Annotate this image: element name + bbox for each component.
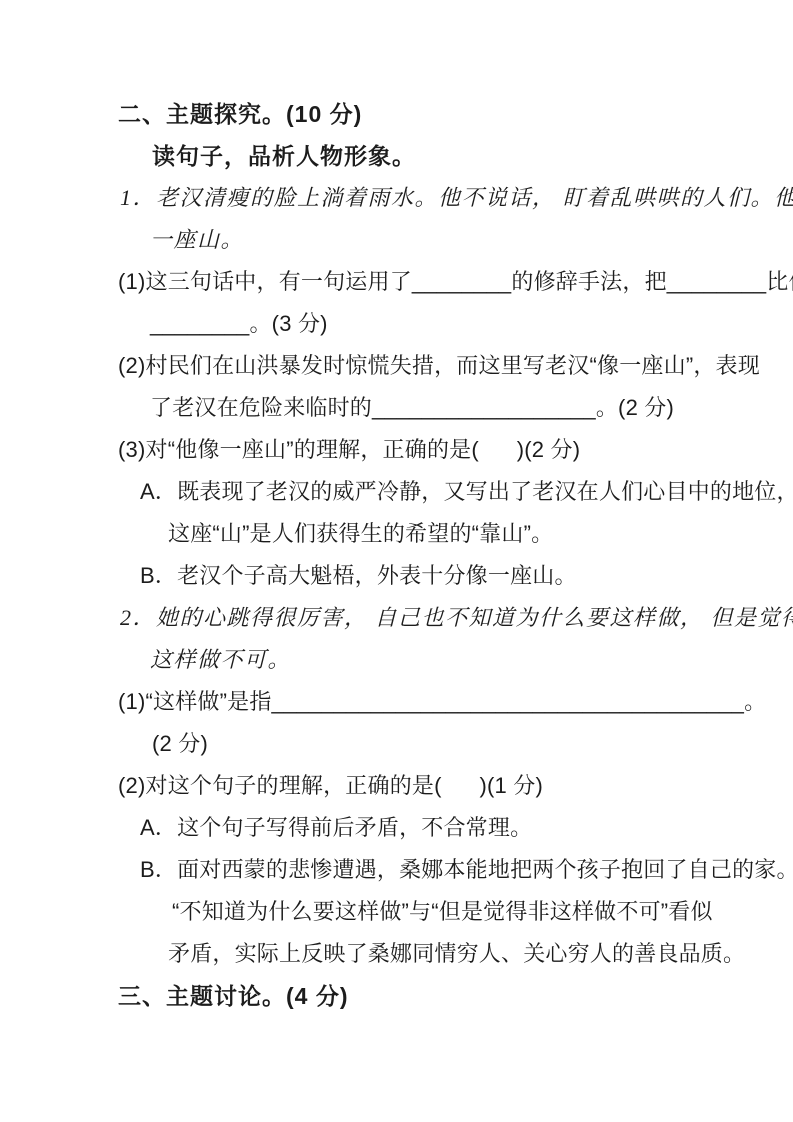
q1-sub1-line1: (1)这三句话中，有一句运用了________的修辞手法，把________比作 — [118, 261, 733, 303]
q1-sub3-line1: (3)对“他像一座山”的理解，正确的是( )(2 分) — [118, 429, 733, 471]
section-three-heading: 三、主题讨论。(4 分) — [118, 975, 733, 1017]
worksheet-content: 二、主题探究。(10 分) 读句子，品析人物形象。 1．老汉清瘦的脸上淌着雨水。… — [118, 93, 733, 1017]
section-two-heading: 二、主题探究。(10 分) — [118, 93, 733, 135]
q2-option-b-line1: B．面对西蒙的悲惨遭遇，桑娜本能地把两个孩子抱回了自己的家。 — [118, 849, 733, 891]
q1-stem-line1: 1．老汉清瘦的脸上淌着雨水。他不说话， 盯着乱哄哄的人们。他像 — [118, 177, 733, 219]
q2-sub1-line2: (2 分) — [118, 723, 733, 765]
worksheet-page: 二、主题探究。(10 分) 读句子，品析人物形象。 1．老汉清瘦的脸上淌着雨水。… — [0, 0, 793, 1122]
q2-sub2-line1: (2)对这个句子的理解，正确的是( )(1 分) — [118, 765, 733, 807]
q2-stem-line2: 这样做不可。 — [118, 639, 733, 681]
q2-option-b-line2: “不知道为什么要这样做”与“但是觉得非这样做不可”看似 — [118, 891, 733, 933]
q2-option-b-line3: 矛盾，实际上反映了桑娜同情穷人、关心穷人的善良品质。 — [118, 933, 733, 975]
q1-sub1-line2: ________。(3 分) — [118, 303, 733, 345]
q1-option-a-line1: A．既表现了老汉的威严冷静，又写出了老汉在人们心目中的地位， — [118, 471, 733, 513]
q1-sub2-line1: (2)村民们在山洪暴发时惊慌失措，而这里写老汉“像一座山”，表现 — [118, 345, 733, 387]
q2-stem-line1: 2．她的心跳得很厉害， 自己也不知道为什么要这样做， 但是觉得非 — [118, 597, 733, 639]
section-two-instruction: 读句子，品析人物形象。 — [118, 135, 733, 177]
q1-sub2-line2: 了老汉在危险来临时的__________________。(2 分) — [118, 387, 733, 429]
q1-option-b: B．老汉个子高大魁梧，外表十分像一座山。 — [118, 555, 733, 597]
q2-sub1-line1: (1)“这样做”是指______________________________… — [118, 681, 733, 723]
q1-stem-line2: 一座山。 — [118, 219, 733, 261]
q2-option-a: A．这个句子写得前后矛盾，不合常理。 — [118, 807, 733, 849]
q1-option-a-line2: 这座“山”是人们获得生的希望的“靠山”。 — [118, 513, 733, 555]
